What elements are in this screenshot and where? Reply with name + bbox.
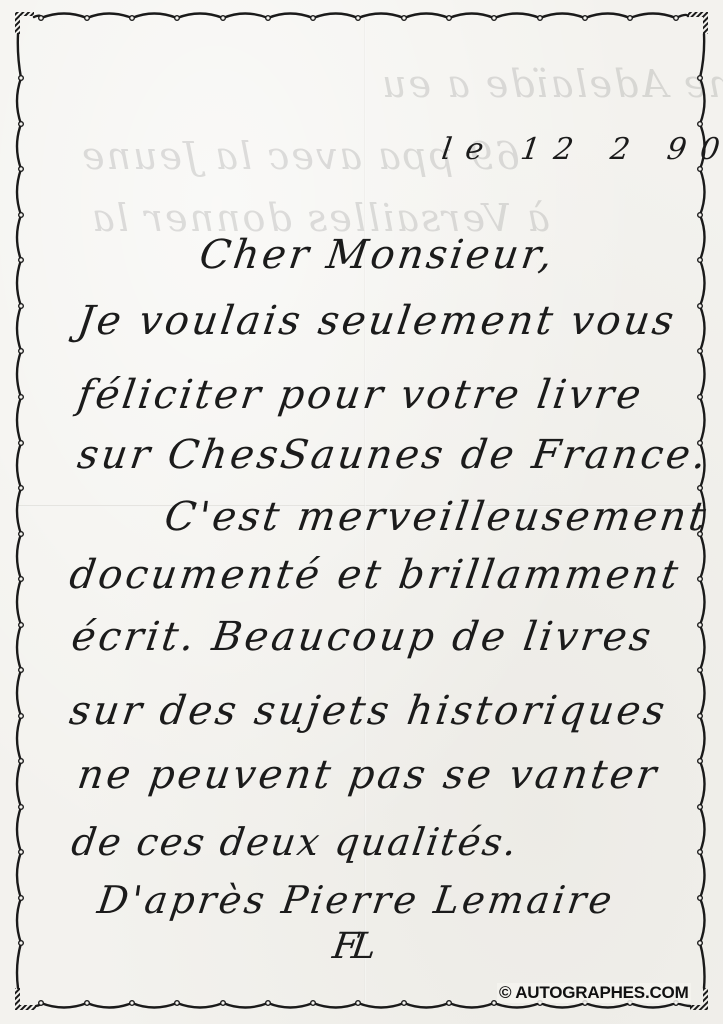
letter-line: sur des sujets historiques xyxy=(67,688,671,734)
letter-line: sur ChesSaunes de France. xyxy=(75,432,712,478)
letter-line: ne peuvent pas se vanter xyxy=(75,752,662,798)
letter-salutation: Cher Monsieur, xyxy=(197,232,558,278)
monogram: FL xyxy=(330,926,373,967)
letter-line: documenté et brillamment xyxy=(67,552,684,598)
letter-date: le 12 2 90 xyxy=(440,132,723,167)
copyright-watermark: © AUTOGRAPHES.COM xyxy=(497,983,691,1003)
letter-line: de ces deux qualités. xyxy=(69,820,521,864)
letter-line: Je voulais seulement vous xyxy=(75,298,680,344)
letter-line: écrit. Beaucoup de livres xyxy=(69,614,657,660)
letter-line: C'est merveilleusement xyxy=(162,494,711,540)
letter-line: féliciter pour votre livre xyxy=(75,372,647,418)
letter-signature: D'après Pierre Lemaire xyxy=(95,878,618,922)
